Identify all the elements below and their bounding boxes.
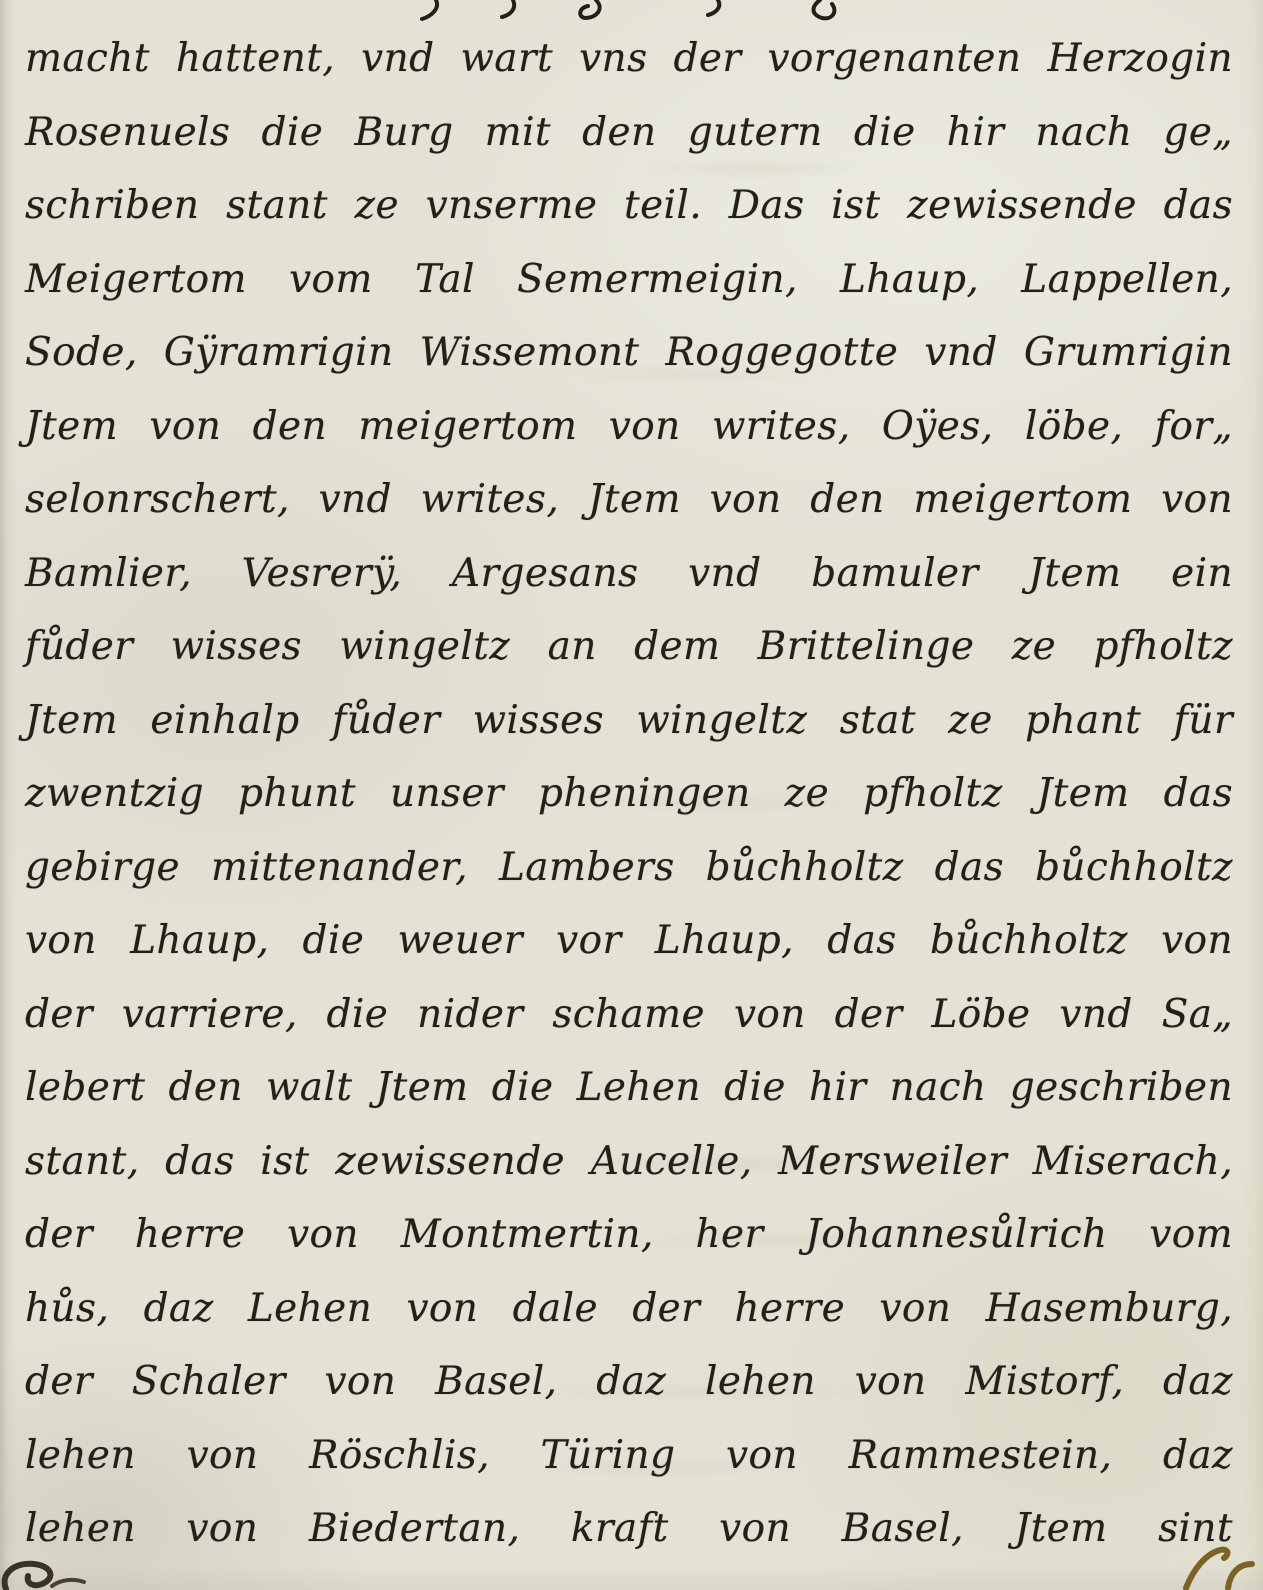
text-line-1: macht hattent, vnd wart vns der vorgenan…: [25, 22, 1233, 96]
top-edge-stroke-fragments-icon: [418, 0, 918, 22]
text-line-16: stant, das ist zewissende Aucelle, Mersw…: [25, 1125, 1233, 1199]
text-line-21: lehen von Biedertan, kraft von Basel, Jt…: [25, 1492, 1233, 1566]
manuscript-page: macht hattent, vnd wart vns der vorgenan…: [25, 22, 1233, 1566]
text-line-19: der Schaler von Basel, daz lehen von Mis…: [25, 1345, 1233, 1419]
text-line-10: Jtem einhalp fůder wisses wingeltz stat …: [25, 684, 1233, 758]
text-line-2: Rosenuels die Burg mit den gutern die hi…: [25, 96, 1233, 170]
text-line-18: hůs, daz Lehen von dale der herre von Ha…: [25, 1272, 1233, 1346]
text-line-12: gebirge mittenander, Lambers bůchholtz d…: [25, 831, 1233, 905]
text-line-20: lehen von Röschlis, Türing von Rammestei…: [25, 1419, 1233, 1493]
text-line-17: der herre von Montmertin, her Johannesůl…: [25, 1198, 1233, 1272]
text-line-11: zwentzig phunt unser pheningen ze pfholt…: [25, 757, 1233, 831]
text-line-13: von Lhaup, die weuer vor Lhaup, das bůch…: [25, 904, 1233, 978]
text-line-8: Bamlier, Vesrerÿ, Argesans vnd bamuler J…: [25, 537, 1233, 611]
text-line-14: der varriere, die nider schame von der L…: [25, 978, 1233, 1052]
text-line-15: lebert den walt Jtem die Lehen die hir n…: [25, 1051, 1233, 1125]
text-line-9: fůder wisses wingeltz an dem Brittelinge…: [25, 610, 1233, 684]
text-line-7: selonrschert, vnd writes, Jtem von den m…: [25, 463, 1233, 537]
text-line-5: Sode, Gÿramrigin Wissemont Roggegotte vn…: [25, 316, 1233, 390]
text-line-4: Meigertom vom Tal Semermeigin, Lhaup, La…: [25, 243, 1233, 317]
text-line-3: schriben stant ze vnserme teil. Das ist …: [25, 169, 1233, 243]
text-line-6: Jtem von den meigertom von writes, Oÿes,…: [25, 390, 1233, 464]
